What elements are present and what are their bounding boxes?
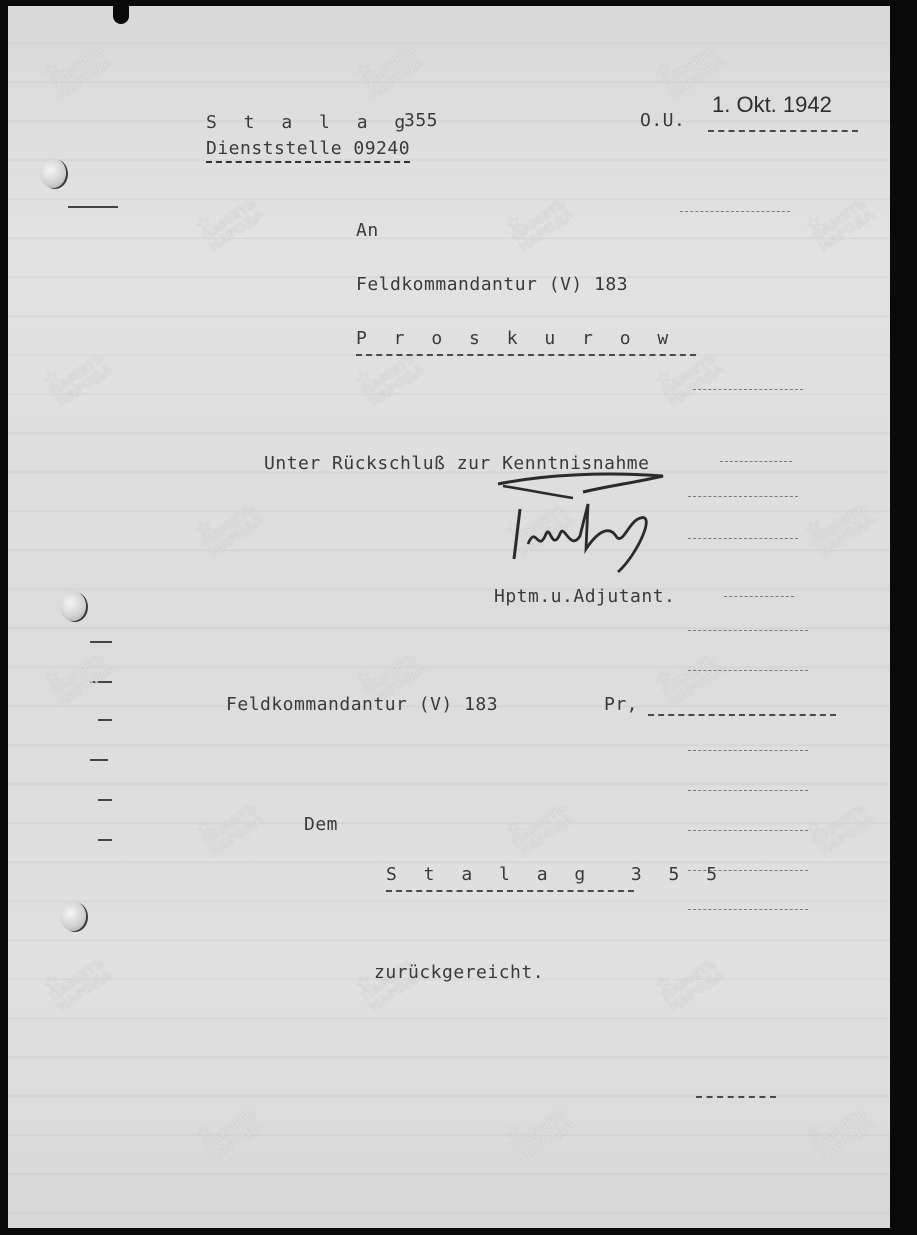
margin-tick	[98, 799, 112, 801]
header-rule	[680, 211, 790, 212]
ref-underline	[648, 714, 836, 716]
rule	[693, 389, 803, 390]
watermark: ☆ПАМЯТЬНАРОДА	[503, 791, 577, 859]
signature-title: Hptm.u.Adjutant.	[494, 586, 675, 607]
unit-name: S t a l a g	[206, 112, 413, 133]
recipient-underline	[386, 890, 634, 892]
margin-tick	[90, 759, 108, 761]
watermark: ☆ПАМЯТЬНАРОДА	[41, 641, 115, 709]
rule	[688, 909, 808, 910]
watermark: ☆ПАМЯТЬНАРОДА	[41, 341, 115, 409]
watermark: ☆ПАМЯТЬНАРОДА	[653, 641, 727, 709]
addressee-prefix: An	[356, 220, 379, 241]
watermark: ☆ПАМЯТЬНАРОДА	[41, 33, 115, 101]
margin-tick	[98, 719, 112, 721]
torn-notch	[113, 6, 129, 24]
rule	[688, 830, 808, 831]
watermark: ☆ПАМЯТЬНАРОДА	[803, 1096, 877, 1164]
rule	[688, 750, 808, 751]
document-page: S t a l a g 355 Dienststelle 09240 O.U. …	[8, 6, 890, 1228]
rule	[720, 461, 792, 462]
watermark: ☆ПАМЯТЬНАРОДА	[803, 491, 877, 559]
watermark: ☆ПАМЯТЬНАРОДА	[193, 791, 267, 859]
reply-salutation: Dem	[304, 814, 338, 835]
watermark: ☆ПАМЯТЬНАРОДА	[653, 946, 727, 1014]
date-underline	[708, 130, 858, 132]
punch-hole-top	[40, 158, 66, 188]
place-abbrev: O.U.	[640, 110, 685, 131]
punch-hole-bottom	[60, 901, 86, 931]
margin-tick	[68, 206, 118, 208]
watermark: ☆ПАМЯТЬНАРОДА	[193, 186, 267, 254]
reply-closing: zurückgereicht.	[374, 962, 544, 983]
reply-sender: Feldkommandantur (V) 183	[226, 694, 498, 715]
margin-tick	[98, 839, 112, 841]
watermark: ☆ПАМЯТЬНАРОДА	[353, 341, 427, 409]
watermark: ☆ПАМЯТЬНАРОДА	[503, 1096, 577, 1164]
punch-hole-middle	[60, 591, 86, 621]
watermark: ☆ПАМЯТЬНАРОДА	[803, 186, 877, 254]
unit-number: 355	[404, 110, 438, 131]
office-number: Dienststelle 09240	[206, 138, 410, 163]
watermark: ☆ПАМЯТЬНАРОДА	[41, 946, 115, 1014]
watermark: ☆ПАМЯТЬНАРОДА	[193, 1096, 267, 1164]
watermark: ☆ПАМЯТЬНАРОДА	[503, 186, 577, 254]
bottom-rule	[696, 1096, 776, 1098]
watermark: ☆ПАМЯТЬНАРОДА	[193, 491, 267, 559]
addressee-name: Feldkommandantur (V) 183	[356, 274, 628, 295]
addressee-city: P r o s k u r o w	[356, 328, 676, 349]
rule	[688, 670, 808, 671]
watermark: ☆ПАМЯТЬНАРОДА	[353, 33, 427, 101]
watermark: ☆ПАМЯТЬНАРОДА	[653, 341, 727, 409]
rule	[688, 630, 808, 631]
reply-ref-label: Pr,	[604, 694, 638, 715]
rule	[688, 790, 808, 791]
rule	[724, 596, 794, 597]
city-underline	[356, 354, 696, 356]
watermark: ☆ПАМЯТЬНАРОДА	[803, 791, 877, 859]
date-stamp: 1. Okt. 1942	[712, 92, 832, 118]
signature	[488, 464, 708, 584]
reply-recipient: S t a l a g 3 5 5	[386, 864, 725, 885]
